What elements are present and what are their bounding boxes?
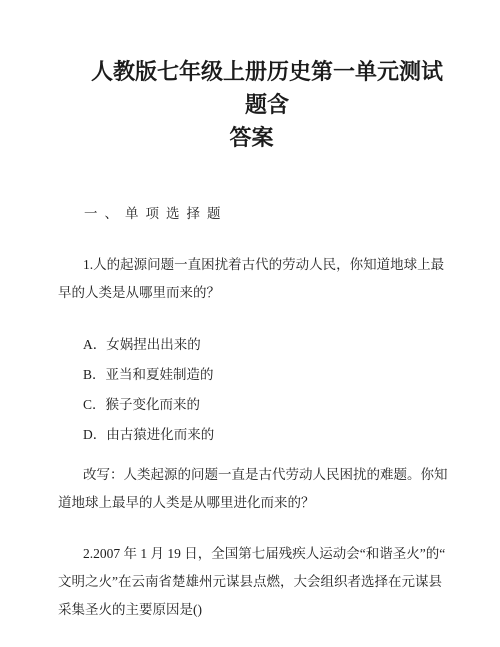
document-page: 人教版七年级上册历史第一单元测试题含 答案 一、单项选择题 1.人的起源问题一直… <box>0 0 500 647</box>
question-1: 1.人的起源问题一直困扰着古代的劳动人民，你知道地球上最 早的人类是从哪里而来的… <box>58 251 445 307</box>
question-2-line-2: 文明之火”在云南省楚雄州元谋县点燃，大会组织者选择在元谋县 <box>58 568 445 596</box>
question-1-line-1: 1.人的起源问题一直困扰着古代的劳动人民，你知道地球上最 <box>58 251 445 279</box>
question-1-line-2: 早的人类是从哪里而来的？ <box>58 279 445 307</box>
question-1-options: A．女娲捏出出来的 B．亚当和夏娃制造的 C．猴子变化而来的 D．由古猿进化而来… <box>58 330 445 450</box>
question-2-line-3: 采集圣火的主要原因是() <box>58 596 445 624</box>
option-d: D．由古猿进化而来的 <box>58 420 445 450</box>
document-content: 人教版七年级上册历史第一单元测试题含 答案 一、单项选择题 1.人的起源问题一直… <box>0 55 500 624</box>
question-2: 2.2007 年 1 月 19 日，全国第七届残疾人运动会“和谐圣火”的“ 文明… <box>58 540 445 624</box>
rewrite-note: 改写：人类起源的问题一直是古代劳动人民困扰的难题。你知 道地球上最早的人类是从哪… <box>58 461 445 517</box>
document-title: 人教版七年级上册历史第一单元测试题含 答案 <box>58 55 445 154</box>
rewrite-line-2: 道地球上最早的人类是从哪里进化而来的？ <box>58 489 445 517</box>
option-a: A．女娲捏出出来的 <box>58 330 445 360</box>
title-line-2: 答案 <box>58 121 445 154</box>
rewrite-line-1: 改写：人类起源的问题一直是古代劳动人民困扰的难题。你知 <box>58 461 445 489</box>
title-line-1: 人教版七年级上册历史第一单元测试题含 <box>58 55 445 121</box>
question-2-line-1: 2.2007 年 1 月 19 日，全国第七届残疾人运动会“和谐圣火”的“ <box>58 540 445 568</box>
section-heading-multiple-choice: 一、单项选择题 <box>58 200 445 228</box>
option-c: C．猴子变化而来的 <box>58 390 445 420</box>
option-b: B．亚当和夏娃制造的 <box>58 360 445 390</box>
